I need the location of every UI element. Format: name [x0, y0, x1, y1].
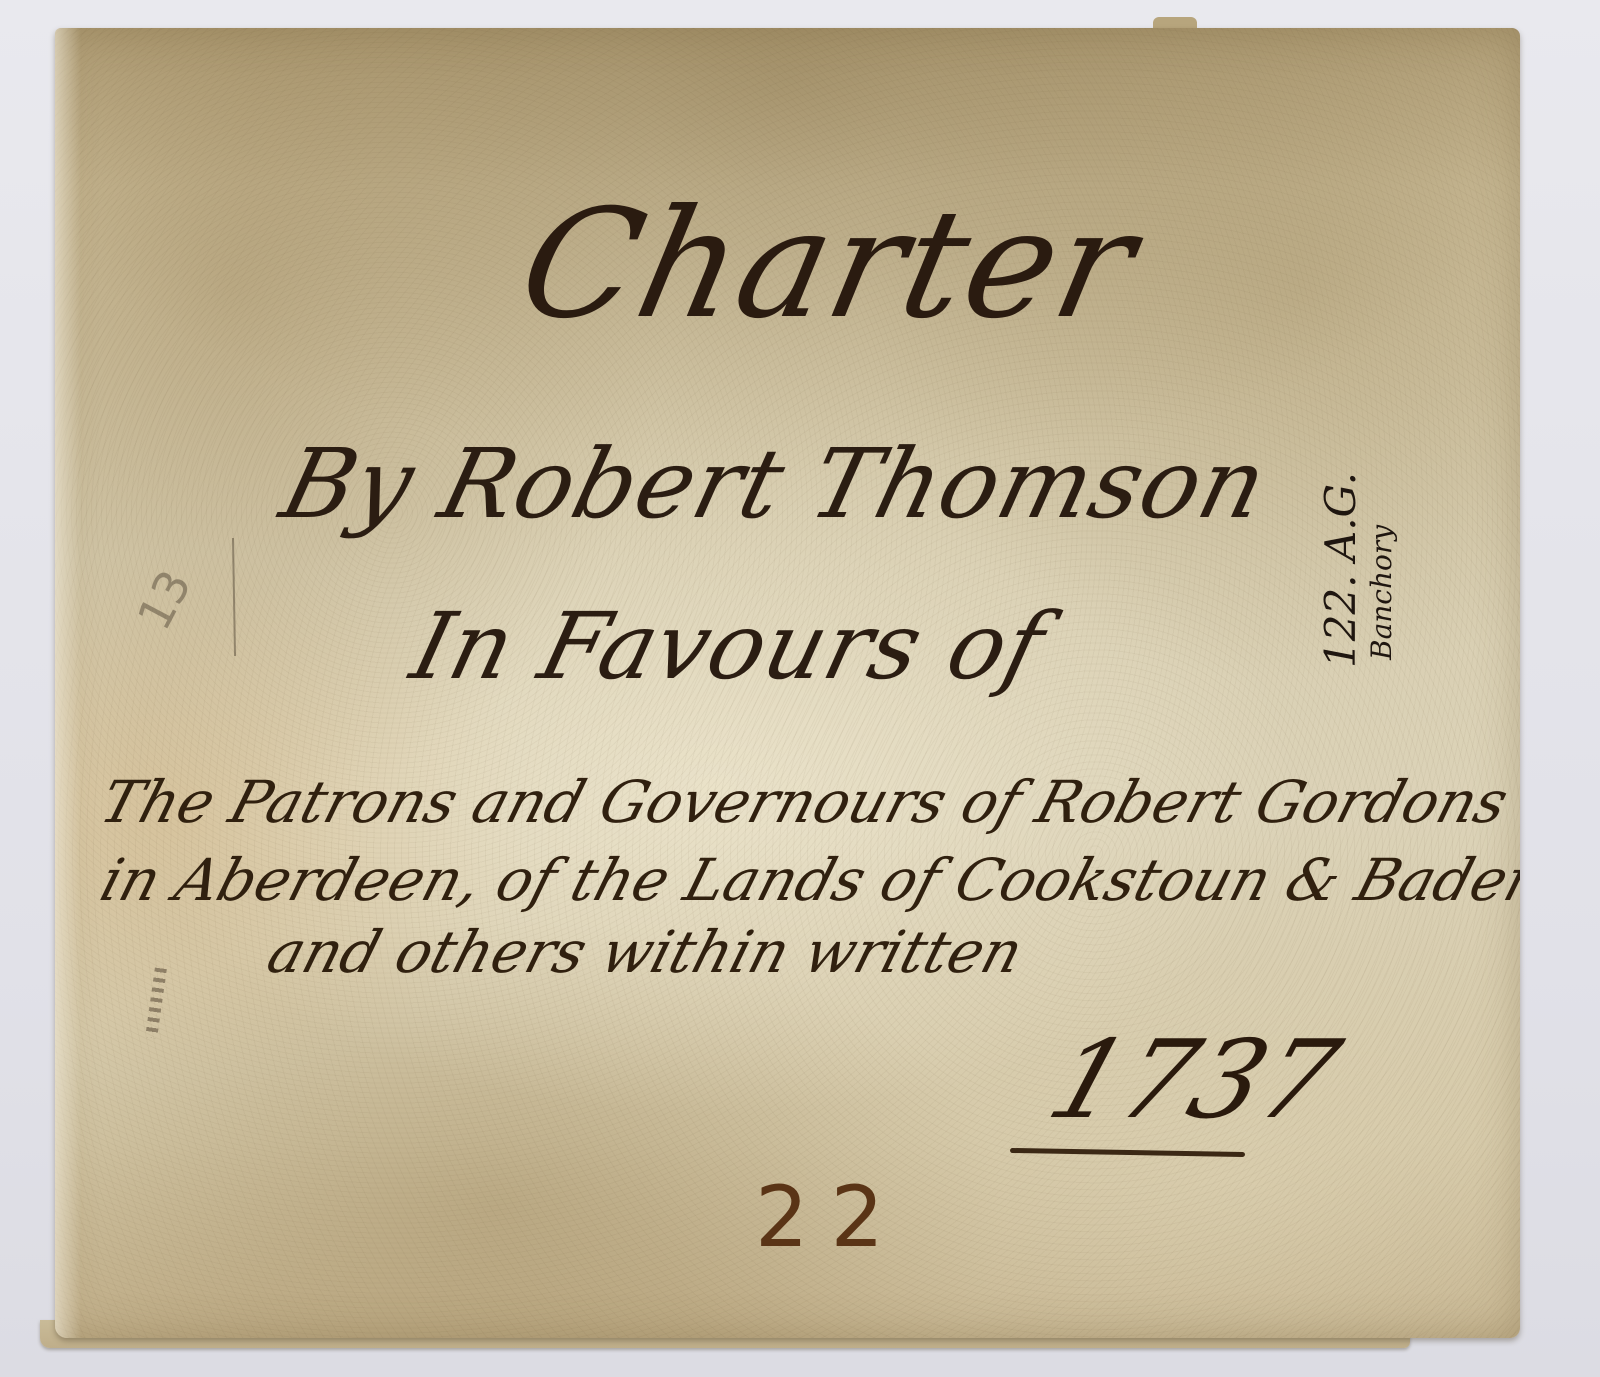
- document-year: 1737: [1035, 1018, 1354, 1143]
- shelf-number: 22: [755, 1168, 906, 1266]
- margin-note: 122. A.G. Banchory: [1317, 472, 1399, 668]
- grantee-line-2: in Aberdeen, of the Lands of Cookstoun &…: [93, 846, 1520, 914]
- pencil-stroke: [232, 538, 236, 656]
- year-underline: [1010, 1148, 1245, 1157]
- margin-note-place: Banchory: [1365, 472, 1399, 668]
- grantee-line-1: The Patrons and Governours of Robert Gor…: [93, 768, 1520, 836]
- ink-smudge: [145, 968, 167, 1039]
- favours-line: In Favours of: [402, 593, 1055, 700]
- grantee-line-3: and others within written: [260, 918, 1030, 986]
- pencil-number: 13: [127, 561, 202, 638]
- parchment-document: Charter By Robert Thomson In Favours of …: [55, 28, 1520, 1338]
- document-title: Charter: [507, 178, 1151, 352]
- margin-note-reference: 122. A.G.: [1317, 472, 1365, 668]
- grantor-line: By Robert Thomson: [271, 428, 1278, 540]
